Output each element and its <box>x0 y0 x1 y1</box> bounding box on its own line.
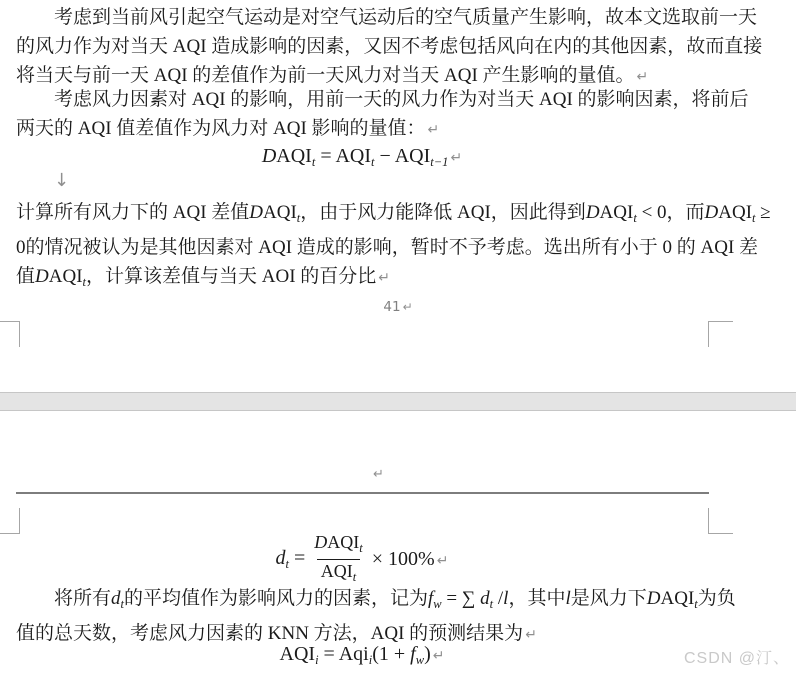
margin-corner-bottom-left-icon <box>0 321 20 347</box>
text-line: 考虑到当前风引起空气运动是对空气运动后的空气质量产生影响，故本文选取前一天 <box>16 3 716 32</box>
margin-corner-top-left-icon <box>0 508 20 534</box>
text-line: 的风力作为对当天 AQI 造成影响的因素，又因不考虑包括风向在内的其他因素，故而… <box>16 32 716 61</box>
paragraph-mark-icon: ↵ <box>403 300 413 314</box>
fraction-numerator: DAQIt <box>310 531 366 559</box>
text-line: 将所有dt的平均值作为影响风力的因素，记为fw = ∑ dt /l，其中l是风力… <box>16 584 716 619</box>
header-rule <box>16 492 709 494</box>
formula-lhs: dt = <box>276 547 306 572</box>
header-paragraph-mark-icon: ↵ <box>373 467 384 482</box>
line-break-arrow-icon: ↓ <box>54 170 69 191</box>
text-line: 计算所有风力下的 AQI 差值DAQIt，由于风力能降低 AQI，因此得到DAQ… <box>16 198 716 233</box>
page-number-value: 41 <box>383 299 400 315</box>
csdn-watermark: CSDN @汀、 <box>684 645 790 668</box>
text-line: 0的情况被认为是其他因素对 AQI 造成的影响，暂时不予考虑。选出所有小于 0 … <box>16 233 716 262</box>
page-number: 41↵ <box>0 299 796 315</box>
page-break-separator[interactable] <box>0 392 796 411</box>
paragraph-aqi-difference[interactable]: 考虑风力因素对 AQI 的影响，用前一天的风力作为对当天 AQI 的影响因素，将… <box>16 85 716 145</box>
text-line: 两天的 AQI 值差值作为风力对 AQI 影响的量值：↵ <box>16 114 716 145</box>
margin-corner-top-right-icon <box>708 508 733 534</box>
text-line: 考虑风力因素对 AQI 的影响，用前一天的风力作为对当天 AQI 的影响因素，将… <box>16 85 716 114</box>
text-line: 值DAQIt，计算该差值与当天 AOI 的百分比↵ <box>16 262 716 297</box>
formula-aqi-prediction: AQIi = Aqii(1 + fw)↵ <box>16 640 708 674</box>
margin-corner-bottom-right-icon <box>708 321 733 347</box>
fraction: DAQIt AQIt <box>310 531 366 588</box>
paragraph-daqi-analysis[interactable]: 计算所有风力下的 AQI 差值DAQIt，由于风力能降低 AQI，因此得到DAQ… <box>16 198 716 297</box>
formula-daqi-definition: DAQIt = AQIt − AQIt−1↵ <box>16 142 708 177</box>
paragraph-wind-factor-selection[interactable]: 考虑到当前风引起空气运动是对空气运动后的空气质量产生影响，故本文选取前一天 的风… <box>16 3 716 92</box>
formula-rhs: × 100%↵ <box>372 548 449 571</box>
formula-dt-percentage: dt = DAQIt AQIt × 100%↵ <box>16 533 708 585</box>
